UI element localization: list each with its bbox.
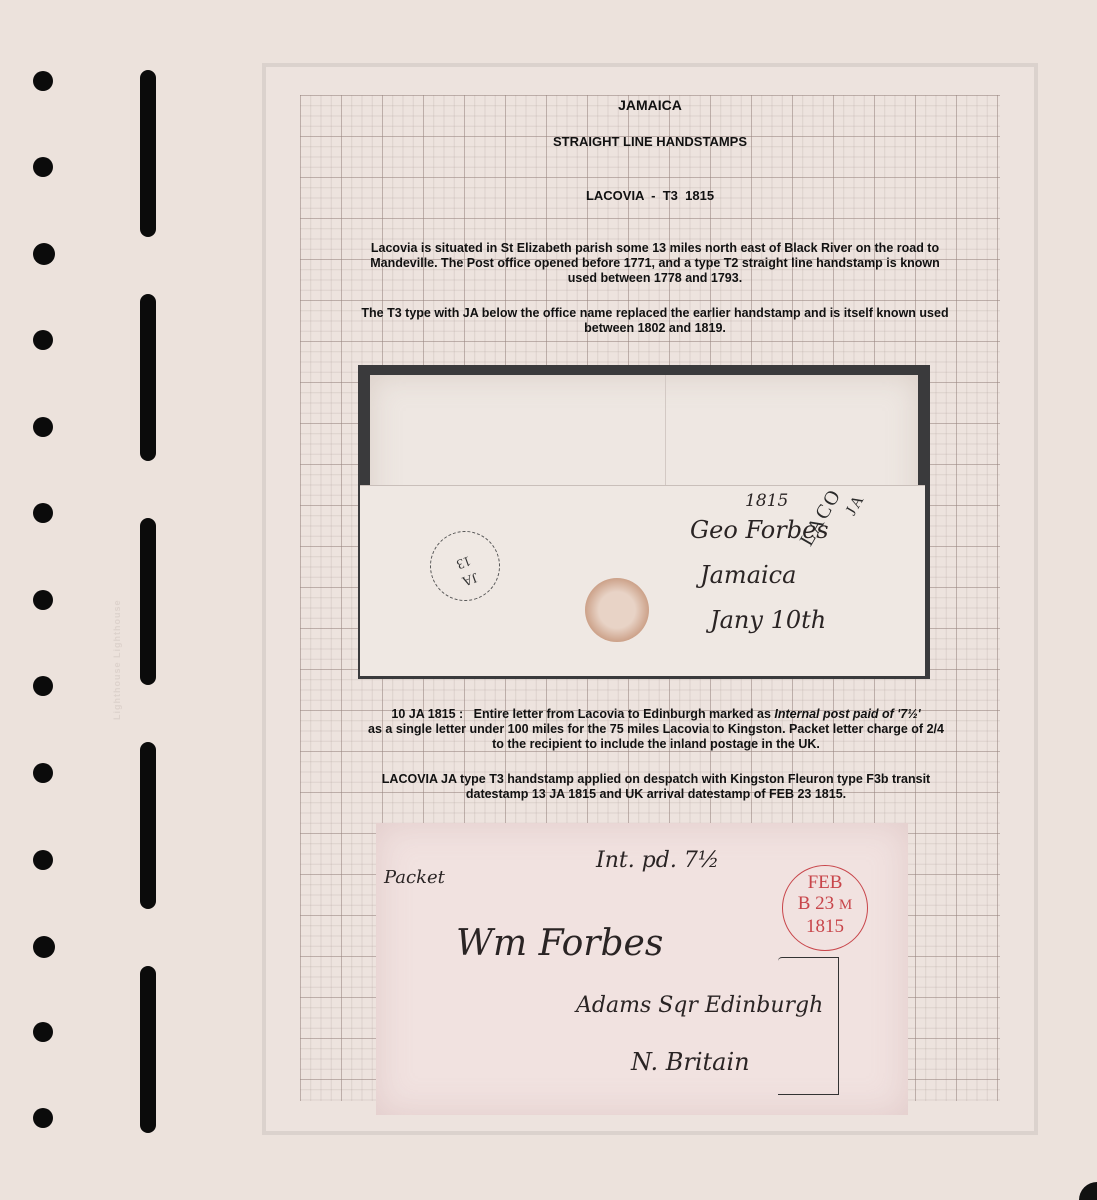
kingston-fleuron-stamp: JA 13	[420, 521, 510, 611]
boxed-charge-mark	[778, 957, 839, 1095]
letter-date: 10 JA 1815 :	[391, 707, 463, 721]
section-title: LACOVIA - T3 1815	[266, 188, 1034, 204]
binder-slot	[140, 966, 156, 1133]
uk-arrival-datestamp: FEB B 23 M 1815	[782, 865, 868, 951]
address-country: N. Britain	[631, 1048, 750, 1076]
wax-seal	[585, 578, 649, 642]
description-text: Entire letter from Lacovia to Edinburgh …	[474, 707, 775, 721]
binder-hole	[33, 763, 53, 783]
description-italic: Internal post paid of '7½'	[774, 707, 920, 721]
description-paragraph: 10 JA 1815 : Entire letter from Lacovia …	[326, 707, 986, 752]
stamp-day-row: B 23 M	[783, 893, 867, 916]
t3-line: The T3 type with JA below the office nam…	[330, 306, 980, 321]
stamp-day: 23	[815, 893, 834, 914]
description-line-3: to the recipient to include the inland p…	[326, 737, 986, 752]
t3-note: The T3 type with JA below the office nam…	[330, 306, 980, 336]
binder-hole	[33, 157, 53, 177]
docket-year: 1815	[745, 491, 788, 511]
t3-line: between 1802 and 1819.	[330, 321, 980, 336]
docket-place: Jamaica	[700, 561, 796, 589]
page-heading: JAMAICA	[266, 97, 1034, 113]
page-subheading: STRAIGHT LINE HANDSTAMPS	[266, 134, 1034, 150]
stamp-year: 1815	[783, 916, 867, 937]
album-watermark: Lighthouse Lighthouse	[112, 500, 134, 720]
description-line-1: 10 JA 1815 : Entire letter from Lacovia …	[326, 707, 986, 722]
handstamp-line: LACOVIA JA type T3 handstamp applied on …	[326, 772, 986, 787]
stamp-left: B	[798, 893, 811, 914]
stamp-right: M	[839, 897, 852, 913]
binder-hole	[33, 417, 53, 437]
intro-paragraph: Lacovia is situated in St Elizabeth pari…	[330, 241, 980, 286]
description-line-2: as a single letter under 100 miles for t…	[326, 722, 986, 737]
binder-slot	[140, 742, 156, 909]
binder-hole	[33, 330, 53, 350]
handstamp-line: datestamp 13 JA 1815 and UK arrival date…	[326, 787, 986, 802]
docket-date: Jany 10th	[710, 606, 826, 634]
binder-slot	[140, 518, 156, 685]
binder-hole	[33, 590, 53, 610]
binder-slot	[140, 70, 156, 237]
intro-line: Mandeville. The Post office opened befor…	[330, 256, 980, 271]
rate-note: Int. pd. 7½	[596, 848, 719, 873]
binder-hole	[33, 243, 55, 265]
page-corner	[1079, 1182, 1097, 1200]
packet-note: Packet	[384, 867, 445, 888]
intro-line: Lacovia is situated in St Elizabeth pari…	[330, 241, 980, 256]
handstamp-note: LACOVIA JA type T3 handstamp applied on …	[326, 772, 986, 802]
binder-hole	[33, 676, 53, 696]
binder-hole	[33, 1022, 53, 1042]
binder-hole	[33, 850, 53, 870]
cover-front-image: Packet Int. pd. 7½ Wm Forbes Adams Sqr E…	[376, 823, 908, 1115]
cover-back-mount: JA 13 1815 Geo Forbes Jamaica Jany 10th …	[358, 365, 930, 679]
album-sheet: JAMAICA STRAIGHT LINE HANDSTAMPS LACOVIA…	[262, 63, 1038, 1135]
intro-line: used between 1778 and 1793.	[330, 271, 980, 286]
address-name: Wm Forbes	[456, 923, 663, 964]
cover-back-image: JA 13 1815 Geo Forbes Jamaica Jany 10th …	[370, 375, 918, 671]
cover-flap: JA 13 1815 Geo Forbes Jamaica Jany 10th …	[360, 485, 925, 676]
binder-hole	[33, 71, 53, 91]
binder-hole	[33, 936, 55, 958]
binder-slot	[140, 294, 156, 461]
binder-hole	[33, 1108, 53, 1128]
stamp-month: FEB	[783, 872, 867, 893]
binder-hole	[33, 503, 53, 523]
